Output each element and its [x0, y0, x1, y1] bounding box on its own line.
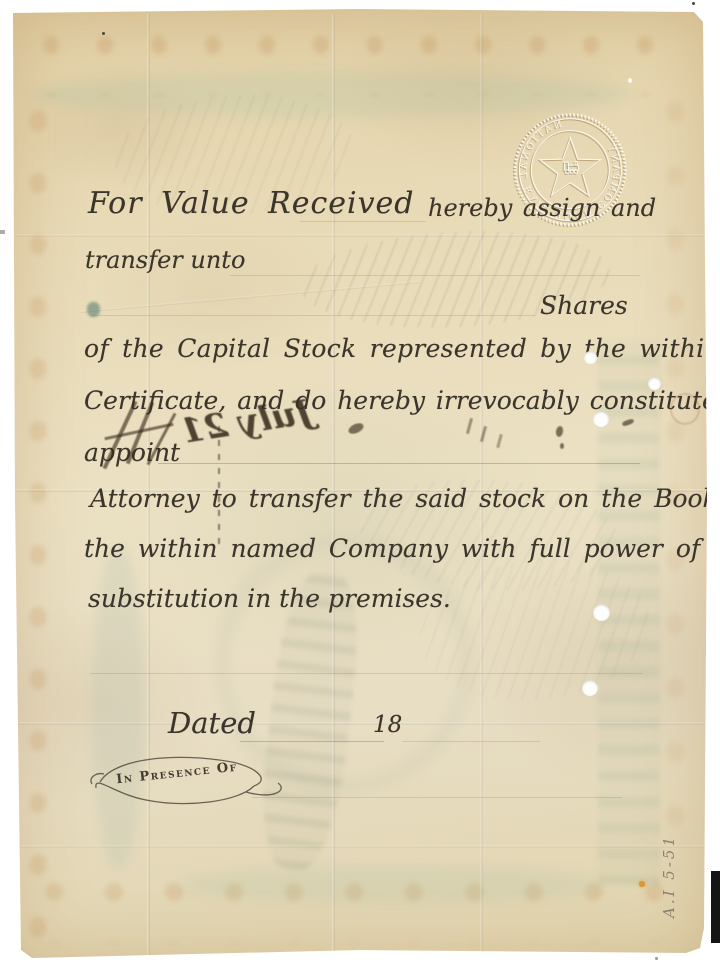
transfer-unto-text: transfer unto — [85, 246, 245, 274]
ink-mark-1 — [466, 418, 473, 434]
punch-hole-3 — [593, 411, 609, 427]
blank-line-attorney-name — [158, 463, 640, 464]
white-speck — [628, 78, 632, 83]
clause-substitution: substitution in the premises. — [88, 584, 451, 613]
fold-crease-diagonal — [81, 281, 420, 313]
scanned-certificate-page: NATIONAL RAIL ROAD COMPANY NATIONAL RAIL… — [0, 0, 720, 978]
ink-blob-2 — [555, 425, 564, 437]
ink-mark-3 — [496, 434, 503, 448]
border-bleed-top — [24, 16, 684, 96]
year-prefix-18: 18 — [373, 712, 402, 738]
ruled-line-mid — [90, 673, 643, 674]
border-bleed-bottom — [24, 862, 684, 944]
punch-hole-1 — [584, 351, 597, 364]
punch-hole-4 — [593, 604, 610, 621]
clause-capital-stock: of the Capital Stock represented by the … — [84, 334, 720, 363]
dark-speck — [102, 32, 105, 35]
ink-blob-1 — [347, 421, 365, 436]
blank-line-transferee — [230, 275, 640, 276]
clause-certificate: Certificate, and do hereby irrevocably c… — [84, 386, 720, 415]
fold-crease-horizontal-1 — [16, 234, 704, 237]
blank-line-dated-month — [240, 741, 384, 742]
ring-stain — [670, 393, 700, 425]
gold-fleck — [639, 881, 645, 887]
scan-edge-artifact-bar — [711, 871, 720, 943]
scan-margin-dot-2 — [655, 957, 658, 960]
ink-blob-3 — [560, 443, 564, 449]
punch-hole-5 — [582, 680, 598, 696]
green-tint-bottom-band — [180, 866, 600, 904]
blank-line-witness — [252, 797, 622, 798]
scan-margin-dot-3 — [692, 2, 695, 5]
blank-line-dated-year — [402, 741, 540, 742]
blank-line-shares — [90, 315, 535, 316]
border-bleed-left — [16, 90, 68, 940]
certificate-back-paper: NATIONAL RAIL ROAD COMPANY NATIONAL RAIL… — [0, 0, 720, 978]
dated-label: Dated — [168, 706, 256, 740]
hereby-assign-text: hereby assign and — [428, 194, 656, 222]
ink-mark-2 — [480, 426, 487, 442]
pencil-annotation: A.I 5-51 — [660, 800, 678, 918]
scan-margin-dot-1 — [0, 230, 5, 234]
blank-line-assignee-name — [300, 221, 426, 222]
ink-drip-trail — [218, 424, 220, 544]
shares-label: Shares — [540, 291, 628, 320]
clause-company-power: the within named Company with full power… — [84, 534, 700, 563]
clause-attorney: Attorney to transfer the said stock on t… — [90, 484, 720, 513]
for-value-received-text: For Value Received — [88, 186, 415, 221]
punch-hole-2 — [648, 377, 661, 390]
teal-ink-smudge — [87, 302, 100, 317]
